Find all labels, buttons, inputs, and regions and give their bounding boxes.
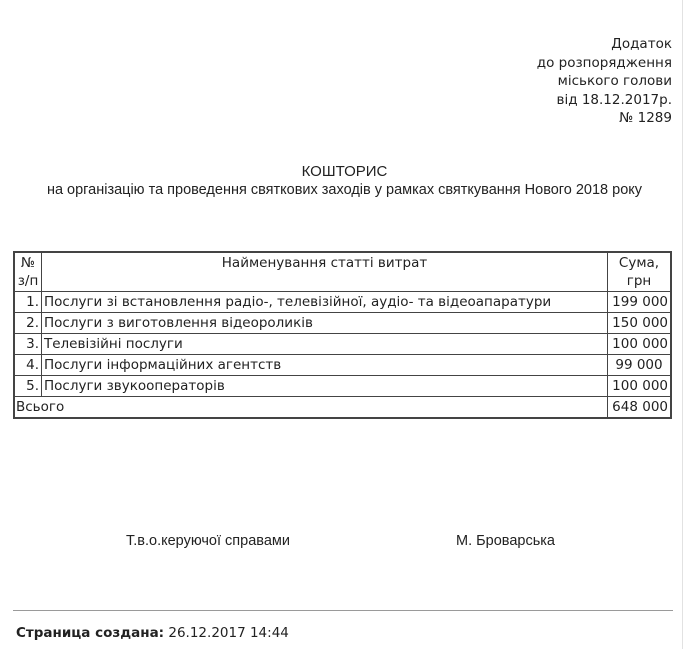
appendix-line: Додаток	[537, 35, 672, 54]
row-item-name: Телевізійні послуги	[42, 334, 608, 355]
row-sum: 100 000	[608, 376, 672, 397]
document-subtitle: на організацію та проведення святкових з…	[0, 181, 689, 199]
row-number: 3.	[14, 334, 42, 355]
row-number: 4.	[14, 355, 42, 376]
header-item-name: Найменування статті витрат	[42, 252, 608, 292]
row-number: 1.	[14, 292, 42, 313]
appendix-block: Додаток до розпорядження міського голови…	[537, 35, 672, 128]
appendix-line: № 1289	[537, 109, 672, 128]
row-number: 5.	[14, 376, 42, 397]
table-row: 1. Послуги зі встановлення радіо-, телев…	[14, 292, 671, 313]
total-label: Всього	[14, 397, 608, 419]
row-number: 2.	[14, 313, 42, 334]
table-row: 4. Послуги інформаційних агентств 99 000	[14, 355, 671, 376]
row-item-name: Послуги звукооператорів	[42, 376, 608, 397]
header-sum: Сума, грн	[608, 252, 672, 292]
page-created-info: Страница создана: 26.12.2017 14:44	[16, 625, 289, 641]
header-number: № з/п	[14, 252, 42, 292]
created-label: Страница создана:	[16, 625, 164, 641]
total-sum: 648 000	[608, 397, 672, 419]
header-sum-line: Сума,	[619, 255, 659, 271]
table-total-row: Всього 648 000	[14, 397, 671, 419]
signatory-name: М. Броварська	[456, 533, 555, 549]
row-item-name: Послуги з виготовлення відеороликів	[42, 313, 608, 334]
footer-divider	[13, 610, 673, 611]
table-header-row: № з/п Найменування статті витрат Сума, г…	[14, 252, 671, 292]
header-sum-line: грн	[627, 273, 652, 289]
document-title: КОШТОРИС	[0, 163, 689, 181]
table-row: 2. Послуги з виготовлення відеороликів 1…	[14, 313, 671, 334]
table-row: 5. Послуги звукооператорів 100 000	[14, 376, 671, 397]
row-sum: 150 000	[608, 313, 672, 334]
created-timestamp: 26.12.2017 14:44	[168, 625, 289, 641]
table-row: 3. Телевізійні послуги 100 000	[14, 334, 671, 355]
row-sum: 100 000	[608, 334, 672, 355]
header-number-line: з/п	[18, 273, 39, 289]
signatory-position: Т.в.о.керуючої справами	[126, 533, 290, 549]
appendix-line: до розпорядження	[537, 54, 672, 73]
row-item-name: Послуги інформаційних агентств	[42, 355, 608, 376]
appendix-line: міського голови	[537, 72, 672, 91]
appendix-line: від 18.12.2017р.	[537, 91, 672, 110]
row-sum: 199 000	[608, 292, 672, 313]
budget-table: № з/п Найменування статті витрат Сума, г…	[13, 251, 672, 419]
page-edge-border	[682, 0, 683, 649]
row-item-name: Послуги зі встановлення радіо-, телевізі…	[42, 292, 608, 313]
header-number-line: №	[21, 255, 35, 271]
row-sum: 99 000	[608, 355, 672, 376]
